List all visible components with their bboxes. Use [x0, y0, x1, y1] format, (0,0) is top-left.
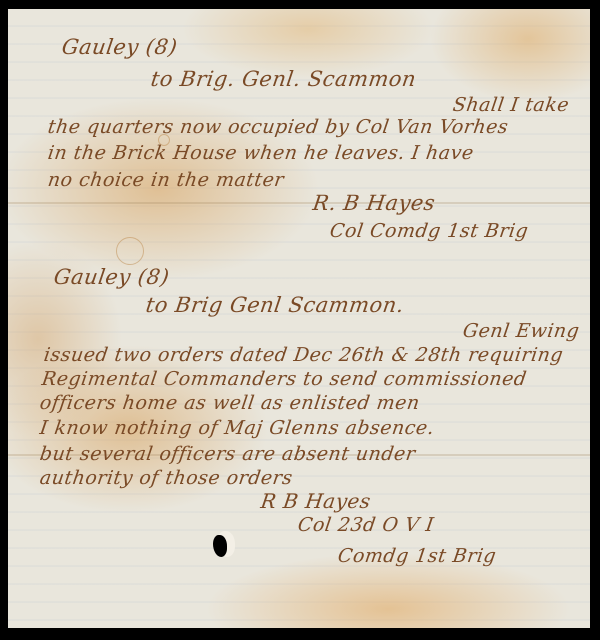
letter2-body-line: authority of those orders [38, 467, 294, 489]
fold-line [8, 202, 590, 204]
paper-hole [213, 535, 227, 557]
letter1-signature: R. B Hayes [311, 191, 437, 215]
letter2-body-line: Regimental Commanders to send commission… [40, 368, 528, 390]
letter1-body-line: Shall I take [451, 94, 570, 116]
letter2-body-line: but several officers are absent under [38, 443, 417, 465]
letter-paper: Gauley (8) to Brig. Genl. Scammon Shall … [8, 9, 590, 628]
letter2-body-line: Genl Ewing [461, 320, 580, 342]
water-stain [116, 237, 144, 265]
letter1-recipient: to Brig. Genl. Scammon [149, 67, 418, 91]
letter1-heading: Gauley (8) [60, 35, 179, 59]
letter1-body-line: the quarters now occupied by Col Van Vor… [46, 116, 509, 138]
letter1-signer-title: Col Comdg 1st Brig [328, 220, 529, 242]
letter2-signer-title: Col 23d O V I [296, 514, 435, 536]
letter2-heading: Gauley (8) [52, 265, 171, 289]
letter2-body-line: officers home as well as enlisted men [38, 392, 421, 414]
letter2-signature: R B Hayes [259, 489, 372, 513]
letter2-body-line: issued two orders dated Dec 26th & 28th … [42, 344, 564, 366]
letter1-body-line: no choice in the matter [46, 169, 285, 191]
letter1-body-line: in the Brick House when he leaves. I hav… [46, 142, 475, 164]
letter2-body-line: I know nothing of Maj Glenns absence. [38, 417, 435, 439]
letter2-recipient: to Brig Genl Scammon. [144, 293, 405, 317]
letter2-signer-command: Comdg 1st Brig [336, 545, 497, 567]
